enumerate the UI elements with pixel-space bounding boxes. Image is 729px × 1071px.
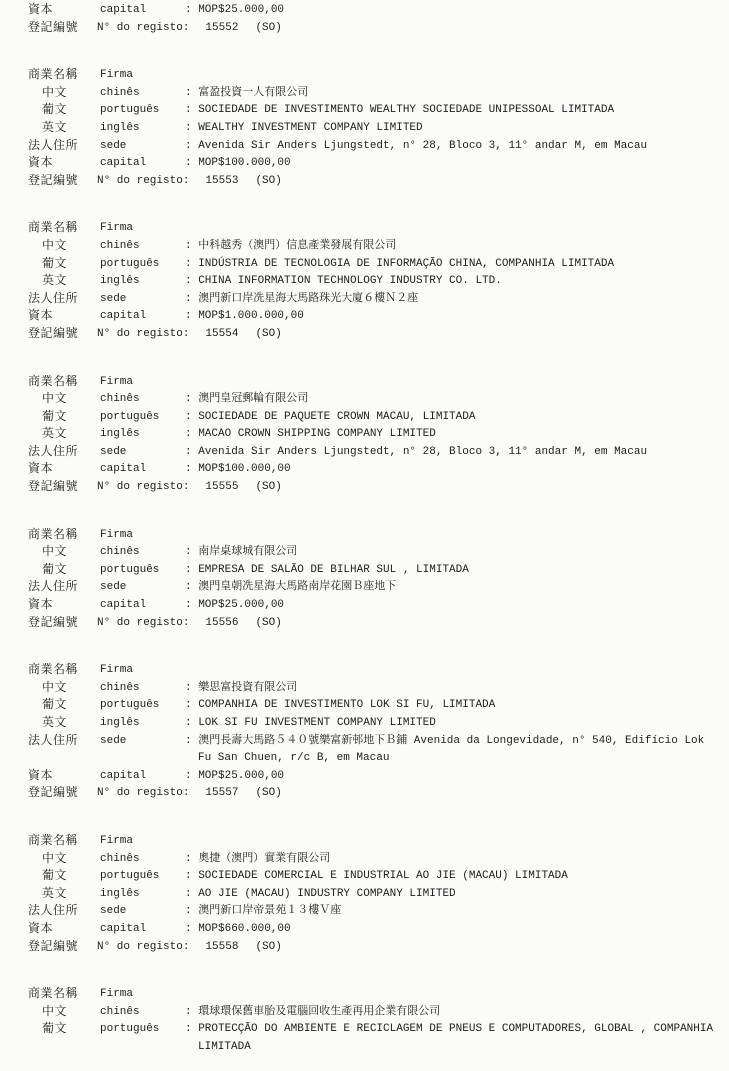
field-label-pt: capital (100, 597, 185, 615)
field-label-pt: sede (100, 138, 185, 156)
field-value: : AO JIE (MACAU) INDUSTRY COMPANY LIMITE… (185, 886, 729, 904)
field-row: 英文inglês: WEALTHY INVESTMENT COMPANY LIM… (28, 120, 729, 138)
field-row: 商業名稱Firma (28, 527, 729, 545)
field-value: : MOP$100.000,00 (185, 155, 729, 173)
registo-row: 登記編號N° do registo:15558(SO) (28, 939, 729, 957)
field-label-zh: 商業名稱 (28, 527, 100, 545)
field-label-zh: 葡文 (28, 562, 100, 580)
field-row: 中文chinês: 樂思富投資有限公司 (28, 680, 729, 698)
field-label-pt: sede (100, 903, 185, 921)
registo-number: 15557 (205, 785, 238, 803)
field-label-zh: 中文 (28, 851, 100, 869)
field-value: : MOP$25.000,00 (185, 768, 729, 786)
field-label-pt: sede (100, 444, 185, 462)
field-row: 商業名稱Firma (28, 220, 729, 238)
registo-label-pt: N° do registo: (97, 20, 189, 38)
registry-entry: 商業名稱Firma中文chinês: 環球環保舊車胎及電腦回收生產再用企業有限公… (28, 986, 729, 1056)
field-row: 中文chinês: 奧捷（澳門）實業有限公司 (28, 851, 729, 869)
field-label-zh: 英文 (28, 273, 100, 291)
registo-suffix: (SO) (255, 615, 281, 633)
registo-label-pt: N° do registo: (97, 173, 189, 191)
field-value: : Avenida Sir Anders Ljungstedt, n° 28, … (185, 138, 729, 156)
registo-row: 登記編號N° do registo:15553(SO) (28, 173, 729, 191)
field-label-pt: Firma (100, 67, 185, 85)
field-label-zh: 中文 (28, 85, 100, 103)
field-label-zh: 資本 (28, 768, 100, 786)
registry-entry: 商業名稱Firma中文chinês: 澳門皇冠郵輪有限公司葡文português… (28, 374, 729, 497)
field-label-zh: 葡文 (28, 102, 100, 120)
field-row: 資本capital: MOP$25.000,00 (28, 597, 729, 615)
field-label-pt: capital (100, 461, 185, 479)
registo-suffix: (SO) (255, 479, 281, 497)
field-row: 英文inglês: CHINA INFORMATION TECHNOLOGY I… (28, 273, 729, 291)
field-label-zh: 法人住所 (28, 138, 100, 156)
registo-label-pt: N° do registo: (97, 615, 189, 633)
field-label-zh: 中文 (28, 238, 100, 256)
registo-row: 登記編號N° do registo:15554(SO) (28, 326, 729, 344)
field-label-zh: 商業名稱 (28, 986, 100, 1004)
field-label-pt: Firma (100, 527, 185, 545)
field-value: : 澳門長壽大馬路５４０號樂富新邨地下Ｂ鋪 Avenida da Longevi… (185, 733, 729, 768)
field-label-pt: inglês (100, 886, 185, 904)
field-label-zh: 資本 (28, 597, 100, 615)
field-row: 法人住所sede: 澳門新口岸冼星海大馬路珠光大廈６樓Ｎ２座 (28, 291, 729, 309)
registo-label-pt: N° do registo: (97, 785, 189, 803)
field-row: 英文inglês: AO JIE (MACAU) INDUSTRY COMPAN… (28, 886, 729, 904)
field-label-pt: inglês (100, 715, 185, 733)
field-label-pt: português (100, 562, 185, 580)
field-value: : MOP$25.000,00 (185, 2, 729, 20)
field-row: 中文chinês: 澳門皇冠郵輪有限公司 (28, 391, 729, 409)
field-label-pt: sede (100, 733, 185, 751)
field-value: : Avenida Sir Anders Ljungstedt, n° 28, … (185, 444, 729, 462)
field-row: 資本capital: MOP$100.000,00 (28, 461, 729, 479)
field-row: 葡文português: PROTECÇÃO DO AMBIENTE E REC… (28, 1021, 729, 1056)
field-value: : 澳門新口岸冼星海大馬路珠光大廈６樓Ｎ２座 (185, 291, 729, 309)
field-label-zh: 資本 (28, 461, 100, 479)
registo-number: 15555 (205, 479, 238, 497)
field-label-pt: Firma (100, 662, 185, 680)
registo-number: 15558 (205, 939, 238, 957)
field-value: : WEALTHY INVESTMENT COMPANY LIMITED (185, 120, 729, 138)
registry-entry: 商業名稱Firma中文chinês: 中科越秀（澳門）信息產業發展有限公司葡文p… (28, 220, 729, 343)
field-value: : SOCIEDADE COMERCIAL E INDUSTRIAL AO JI… (185, 868, 729, 886)
field-row: 法人住所sede: 澳門長壽大馬路５４０號樂富新邨地下Ｂ鋪 Avenida da… (28, 733, 729, 768)
field-label-pt: português (100, 1021, 185, 1039)
registo-suffix: (SO) (255, 326, 281, 344)
registry-document-page: 資本capital: MOP$25.000,00登記編號N° do regist… (0, 0, 729, 1057)
registo-label-zh: 登記編號 (28, 20, 97, 38)
registo-suffix: (SO) (255, 173, 281, 191)
field-label-pt: chinês (100, 238, 185, 256)
field-row: 法人住所sede: Avenida Sir Anders Ljungstedt,… (28, 138, 729, 156)
registo-label-zh: 登記編號 (28, 939, 97, 957)
field-label-zh: 資本 (28, 2, 100, 20)
field-row: 資本capital: MOP$660.000,00 (28, 921, 729, 939)
field-row: 資本capital: MOP$25.000,00 (28, 2, 729, 20)
field-value: : 富盈投資一人有限公司 (185, 85, 729, 103)
field-label-zh: 葡文 (28, 1021, 100, 1039)
field-value: : 南岸桌球城有限公司 (185, 544, 729, 562)
field-label-pt: chinês (100, 851, 185, 869)
field-label-pt: inglês (100, 273, 185, 291)
registry-entry: 商業名稱Firma中文chinês: 樂思富投資有限公司葡文português:… (28, 662, 729, 803)
field-row: 法人住所sede: Avenida Sir Anders Ljungstedt,… (28, 444, 729, 462)
field-row: 中文chinês: 富盈投資一人有限公司 (28, 85, 729, 103)
registo-number: 15553 (205, 173, 238, 191)
field-label-pt: chinês (100, 544, 185, 562)
registo-number: 15552 (205, 20, 238, 38)
field-value: : LOK SI FU INVESTMENT COMPANY LIMITED (185, 715, 729, 733)
registo-label-pt: N° do registo: (97, 939, 189, 957)
registo-row: 登記編號N° do registo:15555(SO) (28, 479, 729, 497)
field-label-pt: capital (100, 768, 185, 786)
field-value: : COMPANHIA DE INVESTIMENTO LOK SI FU, L… (185, 697, 729, 715)
field-row: 法人住所sede: 澳門新口岸帝景苑１３樓Ｖ座 (28, 903, 729, 921)
field-row: 中文chinês: 南岸桌球城有限公司 (28, 544, 729, 562)
registo-label-zh: 登記編號 (28, 479, 97, 497)
field-label-zh: 法人住所 (28, 733, 100, 751)
field-value: : SOCIEDADE DE PAQUETE CROWN MACAU, LIMI… (185, 409, 729, 427)
field-label-pt: português (100, 409, 185, 427)
field-value: : MACAO CROWN SHIPPING COMPANY LIMITED (185, 426, 729, 444)
field-row: 英文inglês: LOK SI FU INVESTMENT COMPANY L… (28, 715, 729, 733)
field-label-pt: chinês (100, 85, 185, 103)
registo-row: 登記編號N° do registo:15556(SO) (28, 615, 729, 633)
field-label-pt: capital (100, 2, 185, 20)
registo-label-pt: N° do registo: (97, 326, 189, 344)
field-row: 中文chinês: 環球環保舊車胎及電腦回收生產再用企業有限公司 (28, 1004, 729, 1022)
field-value: : 澳門皇冠郵輪有限公司 (185, 391, 729, 409)
field-label-pt: sede (100, 579, 185, 597)
field-value: : 奧捷（澳門）實業有限公司 (185, 851, 729, 869)
field-label-pt: português (100, 256, 185, 274)
registry-entry: 資本capital: MOP$25.000,00登記編號N° do regist… (28, 2, 729, 37)
field-row: 法人住所sede: 澳門皇朝冼星海大馬路南岸花園Ｂ座地下 (28, 579, 729, 597)
field-value: : PROTECÇÃO DO AMBIENTE E RECICLAGEM DE … (185, 1021, 729, 1056)
field-label-zh: 中文 (28, 1004, 100, 1022)
field-row: 資本capital: MOP$100.000,00 (28, 155, 729, 173)
registo-row: 登記編號N° do registo:15552(SO) (28, 20, 729, 38)
registo-label-zh: 登記編號 (28, 615, 97, 633)
field-row: 英文inglês: MACAO CROWN SHIPPING COMPANY L… (28, 426, 729, 444)
field-label-zh: 商業名稱 (28, 833, 100, 851)
field-label-zh: 葡文 (28, 256, 100, 274)
field-row: 商業名稱Firma (28, 67, 729, 85)
field-value: : 樂思富投資有限公司 (185, 680, 729, 698)
field-label-zh: 法人住所 (28, 579, 100, 597)
field-label-zh: 中文 (28, 680, 100, 698)
registo-number: 15554 (205, 326, 238, 344)
field-label-zh: 英文 (28, 120, 100, 138)
registo-label-zh: 登記編號 (28, 173, 97, 191)
registo-label-zh: 登記編號 (28, 326, 97, 344)
field-label-zh: 商業名稱 (28, 67, 100, 85)
field-label-zh: 英文 (28, 426, 100, 444)
field-label-zh: 商業名稱 (28, 662, 100, 680)
field-value: : MOP$25.000,00 (185, 597, 729, 615)
field-value: : MOP$100.000,00 (185, 461, 729, 479)
field-value: : SOCIEDADE DE INVESTIMENTO WEALTHY SOCI… (185, 102, 729, 120)
field-label-pt: capital (100, 155, 185, 173)
registo-suffix: (SO) (255, 939, 281, 957)
field-label-zh: 英文 (28, 715, 100, 733)
field-label-zh: 中文 (28, 544, 100, 562)
field-value: : 澳門新口岸帝景苑１３樓Ｖ座 (185, 903, 729, 921)
field-value: : MOP$1.000.000,00 (185, 308, 729, 326)
field-value: : 中科越秀（澳門）信息產業發展有限公司 (185, 238, 729, 256)
field-label-pt: inglês (100, 120, 185, 138)
registo-suffix: (SO) (255, 785, 281, 803)
field-label-pt: inglês (100, 426, 185, 444)
field-label-zh: 資本 (28, 921, 100, 939)
registry-entry: 商業名稱Firma中文chinês: 富盈投資一人有限公司葡文português… (28, 67, 729, 190)
field-label-zh: 葡文 (28, 409, 100, 427)
field-label-zh: 商業名稱 (28, 220, 100, 238)
field-value: : MOP$660.000,00 (185, 921, 729, 939)
field-label-pt: Firma (100, 374, 185, 392)
registry-entry: 商業名稱Firma中文chinês: 奧捷（澳門）實業有限公司葡文portugu… (28, 833, 729, 956)
field-row: 資本capital: MOP$25.000,00 (28, 768, 729, 786)
field-label-pt: capital (100, 921, 185, 939)
field-row: 商業名稱Firma (28, 986, 729, 1004)
field-value: : 澳門皇朝冼星海大馬路南岸花園Ｂ座地下 (185, 579, 729, 597)
field-label-pt: capital (100, 308, 185, 326)
field-label-pt: Firma (100, 986, 185, 1004)
field-row: 葡文português: INDÚSTRIA DE TECNOLOGIA DE … (28, 256, 729, 274)
field-label-zh: 資本 (28, 308, 100, 326)
field-label-pt: sede (100, 291, 185, 309)
field-label-pt: chinês (100, 391, 185, 409)
field-row: 商業名稱Firma (28, 662, 729, 680)
field-row: 商業名稱Firma (28, 833, 729, 851)
field-label-zh: 英文 (28, 886, 100, 904)
field-label-zh: 資本 (28, 155, 100, 173)
field-value: : CHINA INFORMATION TECHNOLOGY INDUSTRY … (185, 273, 729, 291)
registo-number: 15556 (205, 615, 238, 633)
field-row: 葡文português: EMPRESA DE SALÃO DE BILHAR … (28, 562, 729, 580)
field-value: : 環球環保舊車胎及電腦回收生產再用企業有限公司 (185, 1004, 729, 1022)
field-label-zh: 商業名稱 (28, 374, 100, 392)
field-row: 葡文português: SOCIEDADE DE INVESTIMENTO W… (28, 102, 729, 120)
registry-entry: 商業名稱Firma中文chinês: 南岸桌球城有限公司葡文português:… (28, 527, 729, 633)
registo-label-zh: 登記編號 (28, 785, 97, 803)
field-row: 資本capital: MOP$1.000.000,00 (28, 308, 729, 326)
field-value: : EMPRESA DE SALÃO DE BILHAR SUL , LIMIT… (185, 562, 729, 580)
field-row: 中文chinês: 中科越秀（澳門）信息產業發展有限公司 (28, 238, 729, 256)
field-label-zh: 法人住所 (28, 444, 100, 462)
field-label-pt: português (100, 102, 185, 120)
field-label-pt: português (100, 868, 185, 886)
field-label-pt: Firma (100, 833, 185, 851)
field-label-pt: Firma (100, 220, 185, 238)
field-label-zh: 葡文 (28, 697, 100, 715)
field-label-zh: 中文 (28, 391, 100, 409)
field-label-pt: chinês (100, 1004, 185, 1022)
registo-row: 登記編號N° do registo:15557(SO) (28, 785, 729, 803)
field-row: 商業名稱Firma (28, 374, 729, 392)
field-label-zh: 葡文 (28, 868, 100, 886)
field-row: 葡文português: SOCIEDADE DE PAQUETE CROWN … (28, 409, 729, 427)
registo-label-pt: N° do registo: (97, 479, 189, 497)
field-row: 葡文português: SOCIEDADE COMERCIAL E INDUS… (28, 868, 729, 886)
field-label-zh: 法人住所 (28, 903, 100, 921)
field-label-pt: chinês (100, 680, 185, 698)
field-label-zh: 法人住所 (28, 291, 100, 309)
field-row: 葡文português: COMPANHIA DE INVESTIMENTO L… (28, 697, 729, 715)
field-value: : INDÚSTRIA DE TECNOLOGIA DE INFORMAÇÃO … (185, 256, 729, 274)
field-label-pt: português (100, 697, 185, 715)
registo-suffix: (SO) (255, 20, 281, 38)
